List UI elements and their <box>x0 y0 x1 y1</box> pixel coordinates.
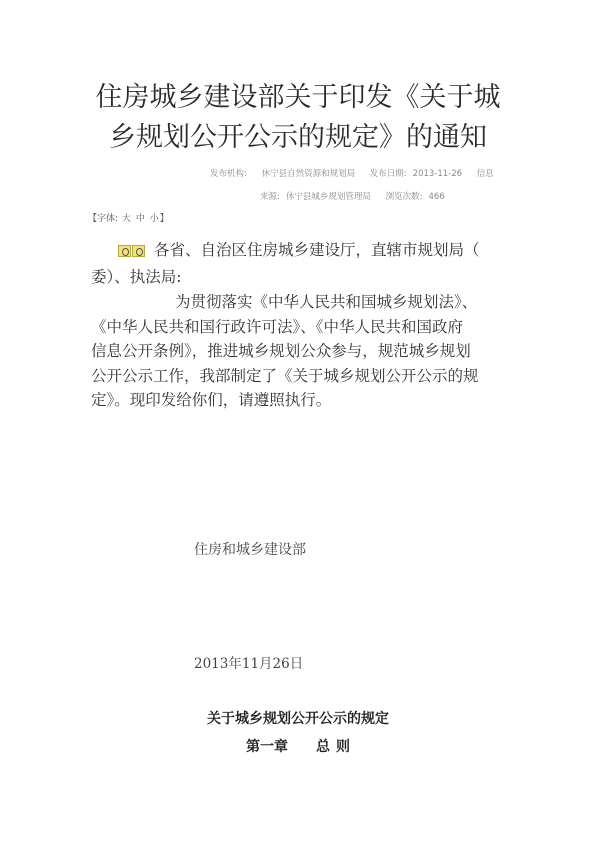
font-size-large-button[interactable]: 大 <box>122 214 131 224</box>
chapter-word-2: 则 <box>336 739 350 755</box>
source-label: 来源: <box>260 192 280 202</box>
font-size-control: 【字体: 大 中 小】 <box>88 211 169 224</box>
page-title: 住房城乡建设部关于印发《关于城 乡规划公开公示的规定》的通知 <box>60 78 536 158</box>
views-value: 466 <box>428 192 444 202</box>
views-label: 浏览次数: <box>386 192 423 202</box>
chapter-number: 第一章 <box>246 739 288 755</box>
signature-date: 2013年11月26日 <box>194 652 303 672</box>
title-line-2: 乡规划公开公示的规定》的通知 <box>60 118 536 158</box>
meta-source-line: 来源:休宁县城乡规划管理局 浏览次数:466 <box>260 190 451 202</box>
date-value: 2013-11-26 <box>413 169 462 179</box>
font-size-prefix: 【字体: <box>88 214 118 224</box>
body-line-3: 信息公开条例》，推进城乡规划公众参与，规范城乡规划 <box>91 339 503 364</box>
meta-publisher-line: 发布机构: 休宁县自然资源和规划局 发布日期:2013-11-26 信息 <box>210 167 500 179</box>
highlight-badge-icon <box>132 245 145 257</box>
source-value: 休宁县城乡规划管理局 <box>286 192 371 202</box>
salutation-paragraph: 各省、自治区住房城乡建设厅，直辖市规划局（ 委）、执法局: <box>91 238 503 289</box>
highlight-badge-icon <box>118 245 131 257</box>
date-label: 发布日期: <box>370 169 407 179</box>
body-line-1: 为贯彻落实《中华人民共和国城乡规划法》、 <box>91 290 503 315</box>
attachment-title: 关于城乡规划公开公示的规定 <box>100 708 496 728</box>
body-line-4: 公开公示工作，我部制定了《关于城乡规划公开公示的规 <box>91 364 503 389</box>
publisher-label: 发布机构: <box>210 169 247 179</box>
font-size-medium-button[interactable]: 中 <box>136 214 145 224</box>
chapter-word-1: 总 <box>316 739 330 755</box>
publisher-value: 休宁县自然资源和规划局 <box>262 169 356 179</box>
salutation-text-1: 各省、自治区住房城乡建设厅，直辖市规划局（ <box>154 241 480 259</box>
body-line-2: 《中华人民共和国行政许可法》、《中华人民共和国政府 <box>91 315 503 340</box>
font-size-small-button[interactable]: 小 <box>150 214 159 224</box>
body-paragraph: 为贯彻落实《中华人民共和国城乡规划法》、 《中华人民共和国行政许可法》、《中华人… <box>91 290 503 413</box>
highlight-badge-icons <box>118 240 146 265</box>
font-size-suffix: 】 <box>160 214 169 224</box>
info-label: 信息 <box>477 169 494 179</box>
salutation-line-2: 委）、执法局: <box>91 265 503 290</box>
body-line-5: 定》。现印发给你们，请遵照执行。 <box>91 388 503 413</box>
title-line-1: 住房城乡建设部关于印发《关于城 <box>60 78 536 118</box>
chapter-heading: 第一章总则 <box>100 736 496 756</box>
salutation-line-1: 各省、自治区住房城乡建设厅，直辖市规划局（ <box>91 238 503 265</box>
signature-org: 住房和城乡建设部 <box>194 539 306 559</box>
